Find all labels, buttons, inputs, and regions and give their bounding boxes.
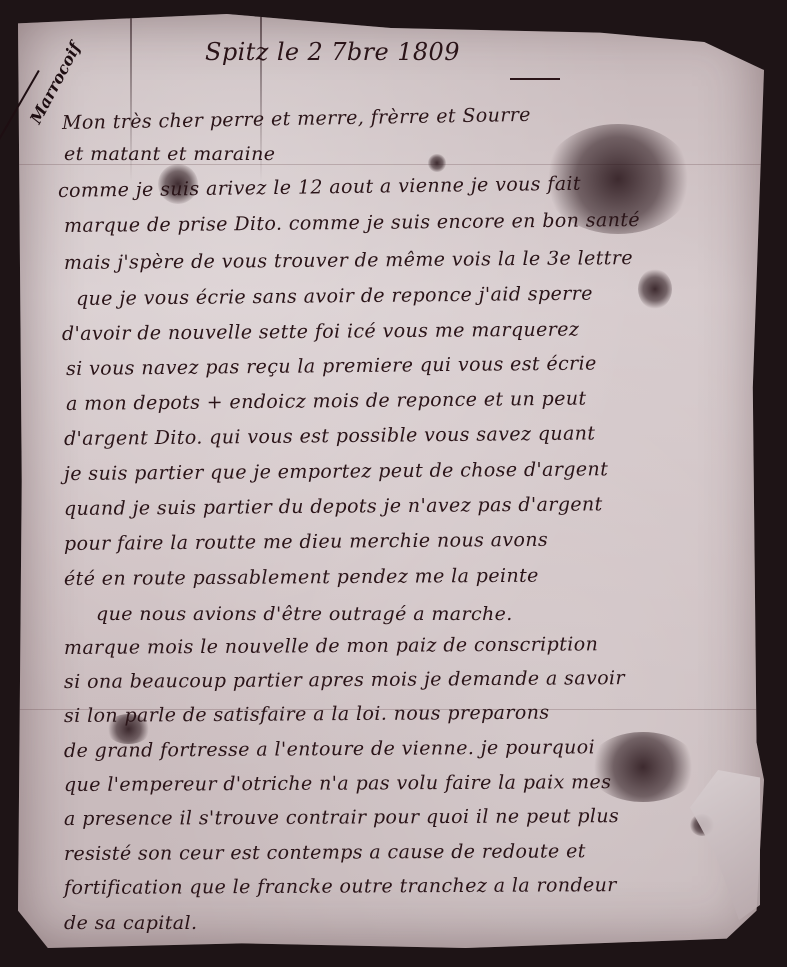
header-day: 2 [308,38,324,66]
letter-line: que l'empereur d'otriche n'a pas volu fa… [64,771,611,796]
letter-line: de grand fortresse a l'entoure de vienne… [64,736,595,762]
ink-stain [638,269,672,309]
letter-line: pour faire la routte me dieu merchie nou… [64,529,548,555]
letter-line: de sa capital. [64,912,197,934]
year-underline [510,78,560,80]
letter-line: marque mois le nouvelle de mon paiz de c… [64,633,598,659]
header-year: 1809 [397,38,460,66]
header-place: Spitz [205,38,269,66]
letter-line: quand je suis partier du depots je n'ave… [64,493,603,520]
header-month: 7bre [331,38,389,66]
header-date-prefix: le [277,38,300,66]
ink-stain [428,154,446,172]
letter-line: et matant et maraine [64,143,275,165]
letter-line: resisté son ceur est contemps a cause de… [64,840,586,865]
letter-line: d'avoir de nouvelle sette foi icé vous m… [62,318,579,345]
letter-line: fortification que le francke outre tranc… [64,874,617,899]
letter-line: si ona beaucoup partier apres mois je de… [64,667,625,693]
letter-line: a presence il s'trouve contrair pour quo… [64,805,619,830]
letter-line: que nous avions d'être outragé a marche. [96,603,513,625]
letter-line: si lon parle de satisfaire a la loi. nou… [64,702,550,727]
letter-header: Spitz le 2 7bre 1809 [205,38,460,66]
letter-line: été en route passablement pendez me la p… [64,565,539,590]
